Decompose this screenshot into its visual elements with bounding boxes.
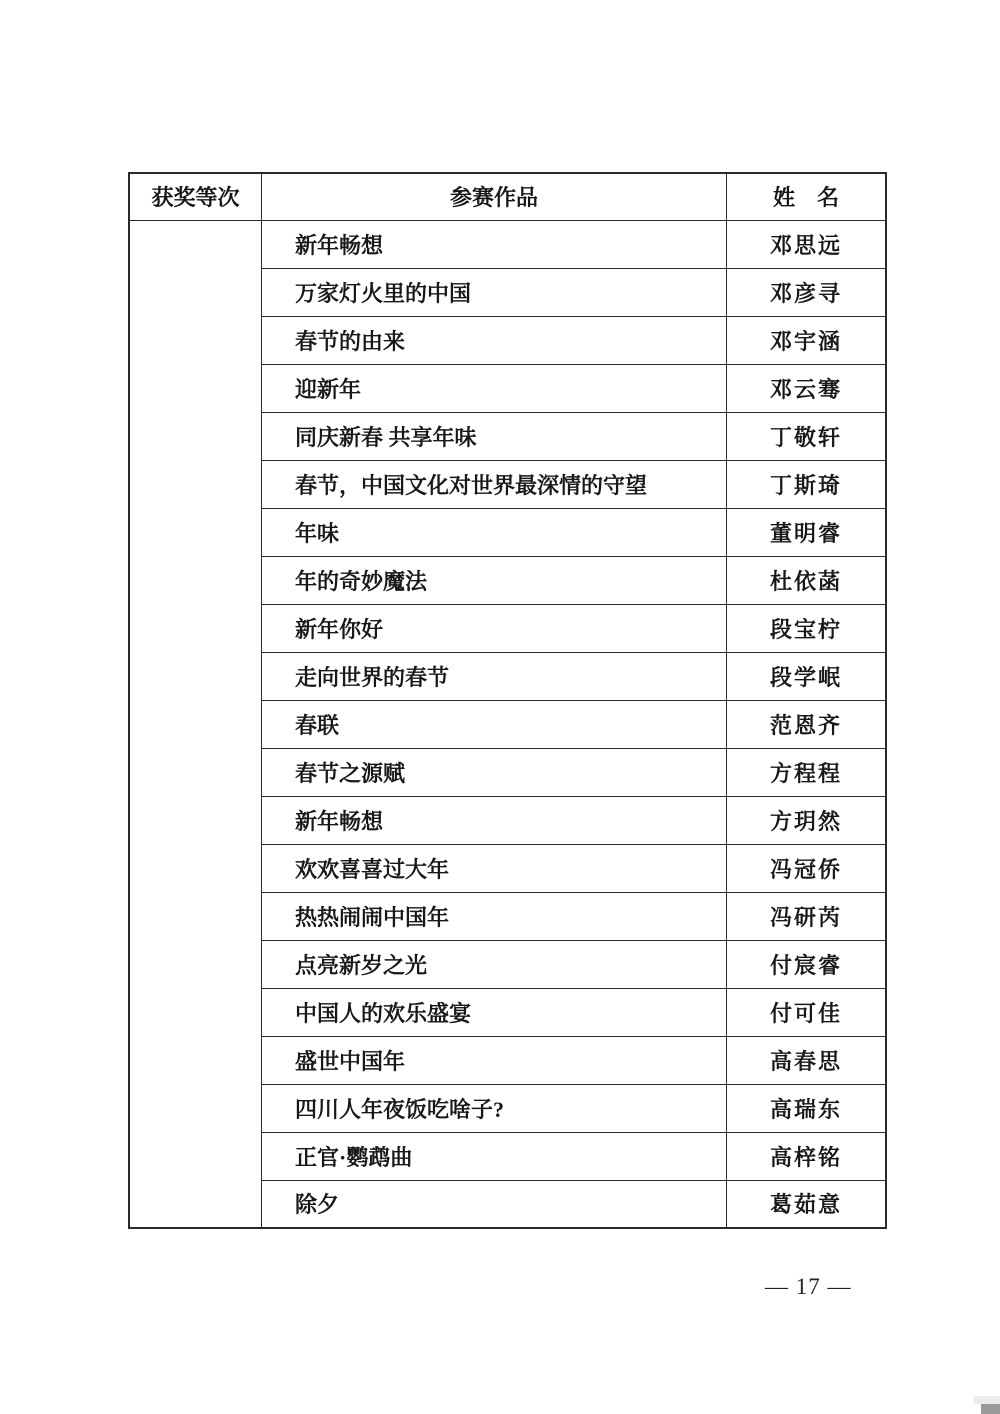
name-cell: 冯冠侨 — [727, 844, 887, 892]
award-table: 获奖等次 参赛作品 姓 名 新年畅想邓思远万家灯火里的中国邓彦寻春节的由来邓宇涵… — [128, 172, 887, 1229]
entry-work-cell: 点亮新岁之光 — [262, 940, 727, 988]
entry-work-cell: 盛世中国年 — [262, 1036, 727, 1084]
entry-work-cell: 春联 — [262, 700, 727, 748]
name-cell: 董明睿 — [727, 508, 887, 556]
name-cell: 邓思远 — [727, 220, 887, 268]
name-cell: 付可佳 — [727, 988, 887, 1036]
entry-work-cell: 春节，中国文化对世界最深情的守望 — [262, 460, 727, 508]
name-cell: 范恩齐 — [727, 700, 887, 748]
name-cell: 付宸睿 — [727, 940, 887, 988]
name-cell: 冯研芮 — [727, 892, 887, 940]
header-row: 获奖等次 参赛作品 姓 名 — [129, 173, 886, 220]
entry-work-cell: 热热闹闹中国年 — [262, 892, 727, 940]
corner-shade — [974, 1396, 1000, 1404]
name-cell: 方程程 — [727, 748, 887, 796]
entry-work-cell: 春节的由来 — [262, 316, 727, 364]
name-cell: 邓云骞 — [727, 364, 887, 412]
page-number: — 17 — — [765, 1274, 852, 1300]
entry-work-cell: 新年畅想 — [262, 220, 727, 268]
entry-work-cell: 同庆新春 共享年味 — [262, 412, 727, 460]
entry-work-cell: 新年你好 — [262, 604, 727, 652]
entry-work-cell: 正官·鹦鹉曲 — [262, 1132, 727, 1180]
entry-work-cell: 新年畅想 — [262, 796, 727, 844]
entry-work-cell: 万家灯火里的中国 — [262, 268, 727, 316]
award-level-cell — [129, 220, 262, 1228]
name-cell: 段学岷 — [727, 652, 887, 700]
document-page: 获奖等次 参赛作品 姓 名 新年畅想邓思远万家灯火里的中国邓彦寻春节的由来邓宇涵… — [0, 0, 1000, 1414]
name-cell: 高春思 — [727, 1036, 887, 1084]
name-cell: 邓彦寻 — [727, 268, 887, 316]
header-name: 姓 名 — [727, 173, 887, 220]
name-cell: 葛茹意 — [727, 1180, 887, 1228]
entry-work-cell: 除夕 — [262, 1180, 727, 1228]
name-cell: 丁敬轩 — [727, 412, 887, 460]
name-cell: 方玥然 — [727, 796, 887, 844]
entry-work-cell: 年的奇妙魔法 — [262, 556, 727, 604]
name-cell: 杜依菡 — [727, 556, 887, 604]
entry-work-cell: 迎新年 — [262, 364, 727, 412]
name-cell: 邓宇涵 — [727, 316, 887, 364]
name-cell: 丁斯琦 — [727, 460, 887, 508]
name-cell: 高瑞东 — [727, 1084, 887, 1132]
header-award-level: 获奖等次 — [129, 173, 262, 220]
name-cell: 高梓铭 — [727, 1132, 887, 1180]
entry-work-cell: 中国人的欢乐盛宴 — [262, 988, 727, 1036]
scrollbar-corner — [981, 1404, 1000, 1414]
table-body: 新年畅想邓思远万家灯火里的中国邓彦寻春节的由来邓宇涵迎新年邓云骞同庆新春 共享年… — [129, 220, 886, 1228]
header-entry-work: 参赛作品 — [262, 173, 727, 220]
entry-work-cell: 四川人年夜饭吃啥子? — [262, 1084, 727, 1132]
entry-work-cell: 走向世界的春节 — [262, 652, 727, 700]
entry-work-cell: 春节之源赋 — [262, 748, 727, 796]
name-cell: 段宝柠 — [727, 604, 887, 652]
entry-work-cell: 欢欢喜喜过大年 — [262, 844, 727, 892]
table-header: 获奖等次 参赛作品 姓 名 — [129, 173, 886, 220]
entry-work-cell: 年味 — [262, 508, 727, 556]
table-row: 新年畅想邓思远 — [129, 220, 886, 268]
